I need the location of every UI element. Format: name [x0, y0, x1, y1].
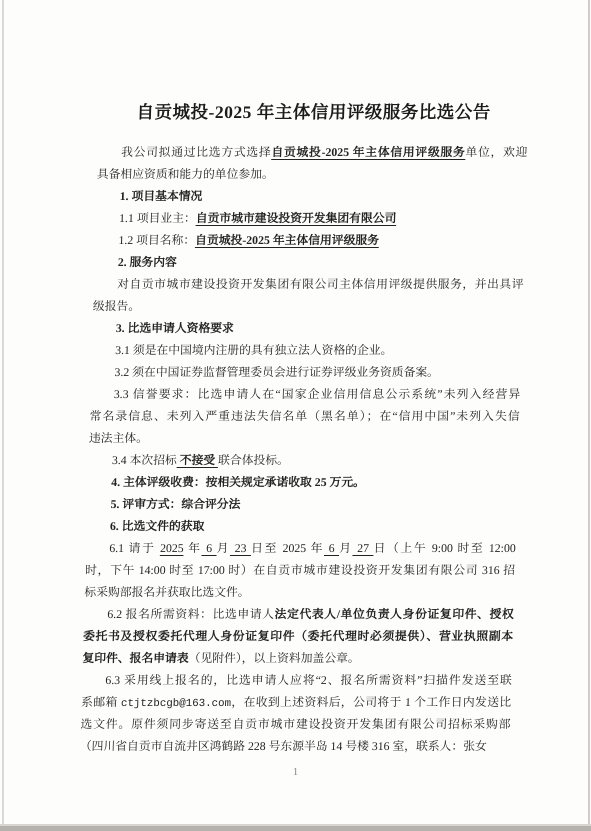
text-run: 1. 项目基本情况: [120, 189, 203, 203]
text-line: 1.2 项目名称：自贡城投-2025 年主体信用评级服务: [95, 229, 526, 251]
text-line: 6.3 采用线上报名的，比选申请人应将“2、报名所需资料”扫描件发送至联: [81, 669, 512, 691]
document-body: 我公司拟通过比选方式选择自贡城投-2025 年主体信用评级服务单位，欢迎具备相应…: [80, 141, 528, 757]
text-run: ，在收到上述资料后，公司将于 1 个工作日内发送比: [231, 695, 511, 709]
text-run: 6.3 采用线上报名的，比选申请人应将“2、报名所需资料”扫描件发送至联: [105, 673, 512, 687]
scan-edge-right: [588, 0, 590, 825]
text-run: 常名录信息、未列入严重违法失信名单（黑名单）；在“信用中国”未列入失信: [89, 409, 519, 423]
text-run: 我公司拟通过比选方式选择: [121, 145, 272, 159]
text-line: 委托书及授权委托代理人身份证复印件（委托代理时必须提供）、营业执照副本: [83, 625, 514, 647]
text-run: 23: [230, 541, 251, 555]
section-2-heading: 2. 服务内容: [94, 251, 525, 273]
text-run: 级报告。: [93, 299, 141, 313]
text-run: 时，下午 14:00 时至 17:00 时）在自贡市城市建设投资开发集团有限公司…: [85, 563, 515, 577]
text-run: 单位，欢迎: [465, 145, 527, 159]
text-line: 1.1 项目业主：自贡市城市建设投资开发集团有限公司: [95, 207, 526, 229]
document-page: 自贡城投-2025 年主体信用评级服务比选公告 我公司拟通过比选方式选择自贡城投…: [0, 0, 591, 831]
text-line: 具备相应资质和能力的单位参加。: [97, 163, 528, 185]
text-run: 选文件。原件须同步寄送至自贡市城市建设投资开发集团有限公司招标采购部: [80, 717, 510, 731]
text-line: 2. 服务内容: [94, 251, 525, 273]
text-line: 3.4 本次招标 不接受 联合体投标。: [88, 449, 519, 471]
item-6-3: 6.3 采用线上报名的，比选申请人应将“2、报名所需资料”扫描件发送至联系邮箱 …: [80, 669, 513, 757]
text-line: 常名录信息、未列入严重违法失信名单（黑名单）；在“信用中国”未列入失信: [89, 405, 520, 427]
text-run: 6: [201, 541, 216, 555]
text-run: （四川省自贡市自流井区鸿鹤路 228 号东源半岛 14 号楼 316 室，联系人…: [80, 739, 487, 753]
section-5-heading: 5. 评审方式：综合评分法: [87, 493, 518, 515]
text-run: 自贡城投-2025 年主体信用评级服务: [271, 145, 466, 159]
item-1-1: 1.1 项目业主：自贡市城市建设投资开发集团有限公司: [95, 207, 526, 229]
text-run: 违法主体。: [89, 431, 148, 445]
text-run: 6.2 报名所需资料：比选申请人: [107, 607, 275, 621]
text-line: 违法主体。: [89, 427, 520, 449]
text-run: 1.1 项目业主：: [119, 211, 196, 225]
text-line: 复印件、报名申请表（见附件），以上资料加盖公章。: [82, 647, 513, 669]
text-run: 标采购部报名并获取比选文件。: [84, 585, 250, 599]
text-run: 1.2 项目名称：: [118, 233, 195, 247]
text-run: ctjtzbcgb@163.com: [121, 698, 232, 710]
text-line: 3.3 信誉要求：比选申请人在“国家企业信用信息公示系统”未列入经营异: [90, 383, 521, 405]
text-run: 27: [352, 541, 373, 555]
text-run: 自贡城投-2025 年主体信用评级服务: [195, 233, 379, 247]
item-3-4: 3.4 本次招标 不接受 联合体投标。: [88, 449, 519, 471]
item-3-1: 3.1 须是在中国境内注册的具有独立法人资格的企业。: [91, 339, 522, 361]
text-run: 年: [183, 541, 201, 555]
text-line: 3. 比选申请人资格要求: [92, 317, 523, 339]
section-4-heading: 4. 主体评级收费：按相关规定承诺收取 25 万元。: [87, 471, 518, 493]
text-run: 6. 比选文件的获取: [110, 519, 205, 533]
text-run: 4. 主体评级收费：按相关规定承诺收取 25 万元。: [111, 475, 365, 489]
text-run: 2. 服务内容: [118, 255, 177, 269]
text-run: 月: [339, 541, 353, 555]
text-line: 5. 评审方式：综合评分法: [87, 493, 518, 515]
text-run: 系邮箱: [81, 695, 121, 709]
text-run: 日至 2025 年: [251, 541, 324, 555]
text-run: 法定代表人/单位负责人身份证复印件、授权: [274, 607, 514, 621]
text-run: 日（上午 9:00 时至 12:00: [373, 541, 516, 555]
document-title: 自贡城投-2025 年主体信用评级服务比选公告: [98, 101, 529, 123]
item-6-1: 6.1 请于 2025 年 6 月 23 日至 2025 年 6 月 27 日（…: [84, 537, 516, 603]
item-6-2: 6.2 报名所需资料：比选申请人法定代表人/单位负责人身份证复印件、授权委托书及…: [82, 603, 514, 669]
text-line: 系邮箱 ctjtzbcgb@163.com，在收到上述资料后，公司将于 1 个工…: [81, 691, 512, 713]
item-3-2: 3.2 须在中国证券监督管理委员会进行证券评级业务资质备案。: [91, 361, 522, 383]
text-line: 级报告。: [93, 295, 524, 317]
text-run: 具备相应资质和能力的单位参加。: [97, 167, 274, 181]
text-line: （四川省自贡市自流井区鸿鹤路 228 号东源半岛 14 号楼 316 室，联系人…: [80, 735, 511, 757]
text-run: 3.4 本次招标: [112, 453, 177, 467]
section-1-heading: 1. 项目基本情况: [96, 185, 527, 207]
text-line: 3.2 须在中国证券监督管理委员会进行证券评级业务资质备案。: [91, 361, 522, 383]
text-line: 1. 项目基本情况: [96, 185, 527, 207]
text-line: 6.2 报名所需资料：比选申请人法定代表人/单位负责人身份证复印件、授权: [83, 603, 514, 625]
text-run: 3.1 须是在中国境内注册的具有独立法人资格的企业。: [115, 343, 393, 357]
text-run: （见附件），以上资料加盖公章。: [188, 651, 359, 665]
document-content: 自贡城投-2025 年主体信用评级服务比选公告 我公司拟通过比选方式选择自贡城投…: [80, 101, 529, 757]
text-run: 2025: [160, 541, 184, 555]
section-2-body: 对自贡市城市建设投资开发集团有限公司主体信用评级提供服务，并出具评级报告。: [93, 273, 524, 317]
text-line: 对自贡市城市建设投资开发集团有限公司主体信用评级提供服务，并出具评: [93, 273, 524, 295]
text-run: 自贡市城市建设投资开发集团有限公司: [196, 211, 397, 225]
text-run: 联合体投标。: [218, 453, 289, 467]
section-3-heading: 3. 比选申请人资格要求: [92, 317, 523, 339]
text-line: 我公司拟通过比选方式选择自贡城投-2025 年主体信用评级服务单位，欢迎: [97, 141, 528, 163]
item-1-2: 1.2 项目名称：自贡城投-2025 年主体信用评级服务: [95, 229, 526, 251]
text-run: 3.3 信誉要求：比选申请人在“国家企业信用信息公示系统”未列入经营异: [114, 387, 521, 401]
text-line: 时，下午 14:00 时至 17:00 时）在自贡市城市建设投资开发集团有限公司…: [85, 559, 516, 581]
scan-edge-left: [2, 0, 4, 825]
text-run: 5. 评审方式：综合评分法: [110, 497, 240, 511]
text-run: 不接受: [177, 453, 219, 467]
text-run: 3. 比选申请人资格要求: [116, 321, 234, 335]
text-line: 6. 比选文件的获取: [86, 515, 517, 537]
text-run: 6.1 请于: [109, 541, 160, 555]
text-run: 月: [217, 541, 231, 555]
page-number: 1: [0, 766, 591, 778]
section-6-heading: 6. 比选文件的获取: [86, 515, 517, 537]
text-line: 标采购部报名并获取比选文件。: [84, 581, 515, 603]
text-run: 对自贡市城市建设投资开发集团有限公司主体信用评级提供服务，并出具评: [117, 277, 524, 291]
text-run: 委托书及授权委托代理人身份证复印件（委托代理时必须提供）、营业执照副本: [83, 629, 513, 643]
text-run: 复印件、报名申请表: [82, 651, 189, 665]
text-run: 3.2 须在中国证券监督管理委员会进行证券评级业务资质备案。: [114, 365, 439, 379]
text-line: 3.1 须是在中国境内注册的具有独立法人资格的企业。: [91, 339, 522, 361]
item-3-3: 3.3 信誉要求：比选申请人在“国家企业信用信息公示系统”未列入经营异常名录信息…: [89, 383, 521, 449]
intro-paragraph: 我公司拟通过比选方式选择自贡城投-2025 年主体信用评级服务单位，欢迎具备相应…: [97, 141, 528, 185]
scan-edge-bottom: [0, 824, 591, 831]
text-line: 选文件。原件须同步寄送至自贡市城市建设投资开发集团有限公司招标采购部: [80, 713, 511, 735]
text-line: 4. 主体评级收费：按相关规定承诺收取 25 万元。: [87, 471, 518, 493]
text-line: 6.1 请于 2025 年 6 月 23 日至 2025 年 6 月 27 日（…: [85, 537, 516, 559]
text-run: 6: [324, 541, 339, 555]
